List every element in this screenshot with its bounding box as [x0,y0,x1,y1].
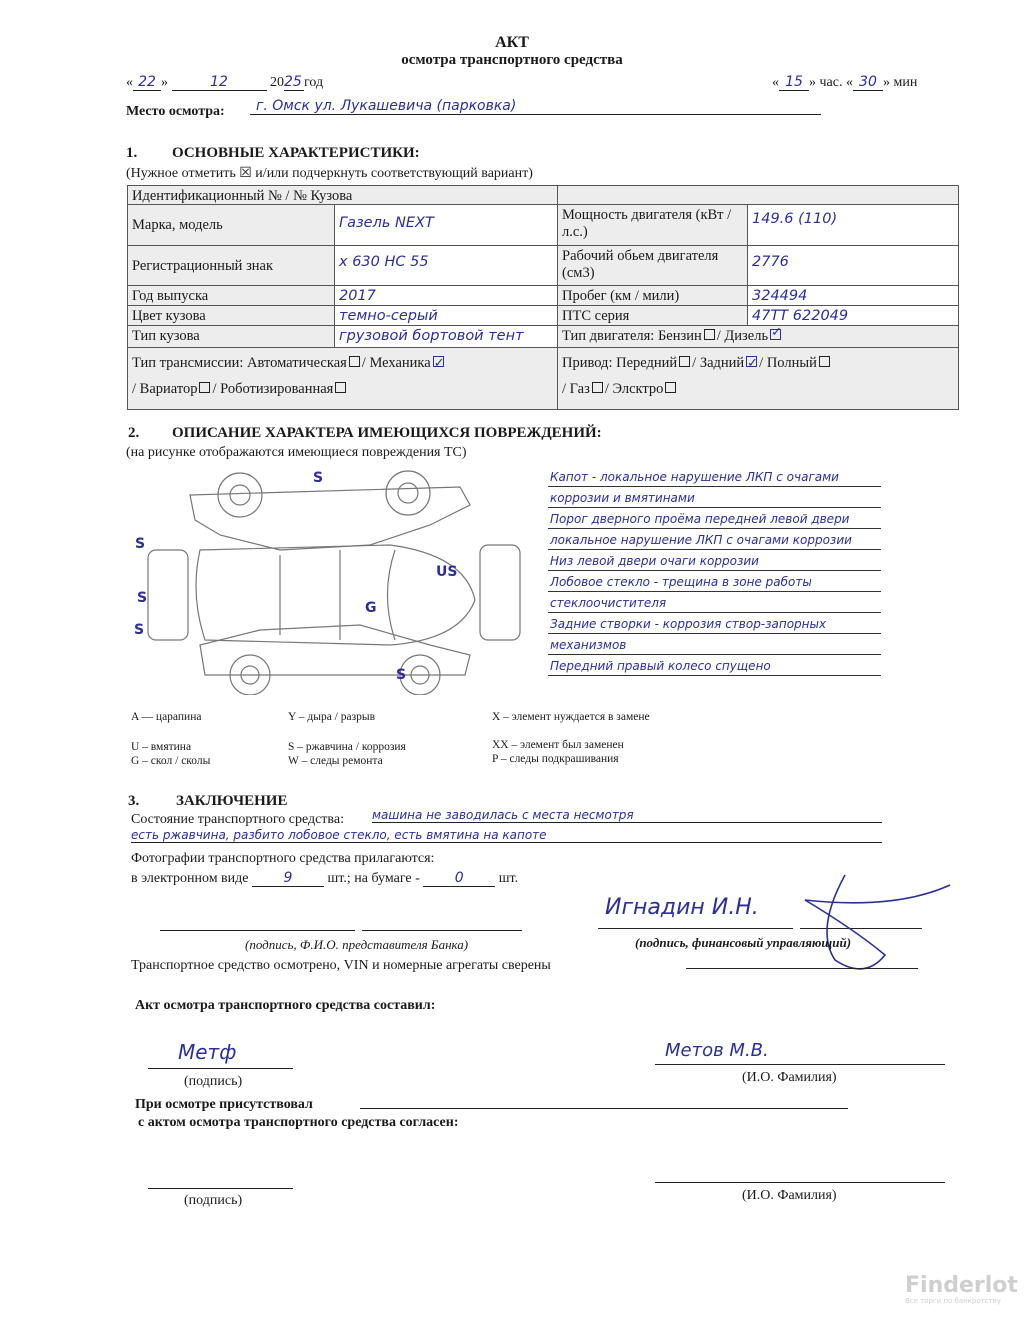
legend-a: A — царапина [131,711,201,723]
drive-option-gas: Газ [570,381,590,397]
time-hour: 15 [779,74,809,91]
checkbox-diesel[interactable] [770,329,781,340]
damage-note: Порог дверного проёма передней левой две… [550,512,849,526]
electronic-count: 9 [252,870,324,887]
drive-option-full: Полный [767,355,817,371]
reg-plate-value: х 630 НС 55 [335,246,558,286]
mileage-value: 324494 [748,286,958,306]
pcs-label: шт.; на бумаге - [328,871,420,886]
damage-note-line [548,549,881,550]
present-name-line [655,1182,945,1183]
legend-y: Y – дыра / разрыв [288,711,375,723]
present-signature-line [148,1188,293,1189]
legend-w: W – следы ремонта [288,755,383,767]
engine-power-value: 149.6 (110) [748,205,958,246]
damage-mark: S [396,667,406,683]
engine-power-label: Мощность двигателя (кВт / л.с.) [558,205,748,246]
checkbox-petrol[interactable] [704,329,715,340]
vin-checked-line [686,968,918,969]
make-model-label: Марка, модель [128,205,335,246]
checkbox-electro[interactable] [665,382,676,393]
section3-title: ЗАКЛЮЧЕНИЕ [176,793,287,810]
damage-note: Задние створки - коррозия створ-запорных [550,617,826,631]
damage-note-line [548,654,881,655]
damage-note: механизмов [550,638,626,652]
manager-signature-line [598,928,793,929]
composed-title: Акт осмотра транспортного средства соста… [135,998,435,1014]
car-damage-diagram [130,465,530,695]
hour-label: час. [820,75,843,90]
legend-x: X – элемент нуждается в замене [492,711,650,723]
drive-option-front: Передний [616,355,677,371]
legend-xx: XX – элемент был заменен [492,739,624,751]
composer-signature: Метф [178,1040,236,1064]
place-label: Место осмотра: [126,104,225,120]
engine-volume-label: Рабочий обьем двигателя (см3) [558,246,748,286]
section1-number: 1. [126,145,137,162]
drive-label: Привод: [562,355,612,371]
pcs-label-2: шт. [499,871,518,886]
drive-option-electro: Элсктро [613,381,664,397]
year-value: 2017 [335,286,558,306]
damage-note: коррозии и вмятинами [550,491,695,505]
checkbox-front[interactable] [679,356,690,367]
legend-s: S – ржавчина / коррозия [288,741,406,753]
date-day: 22 [133,74,161,91]
composer-name-line [655,1064,945,1065]
present-name-caption: (И.О. Фамилия) [742,1188,837,1204]
engine-option-diesel: Дизель [724,328,768,344]
checkbox-auto[interactable] [349,356,360,367]
document-subtitle: осмотра транспортного средства [0,52,1024,69]
damage-mark: US [436,564,457,580]
legend-p: P – следы подкрашивания [492,753,619,765]
damage-note: стеклоочистителя [550,596,666,610]
composer-signature-line [148,1068,293,1069]
body-type-value: грузовой бортовой тент [335,326,558,348]
section2-title: ОПИСАНИЕ ХАРАКТЕРА ИМЕЮЩИХСЯ ПОВРЕЖДЕНИЙ… [172,425,602,442]
finderlot-watermark: Finderlot Все торги по банкротству [905,1275,1018,1305]
date-year-prefix: 20 [270,75,284,90]
checkbox-gas[interactable] [592,382,603,393]
body-type-label: Тип кузова [128,326,335,348]
time-minute: 30 [853,74,883,91]
bank-signature-caption: (подпись, Ф.И.О. представителя Банка) [245,937,468,953]
pts-label: ПТС серия [558,306,748,326]
engine-option-petrol: Бензин [658,328,702,344]
checkbox-rear[interactable] [746,356,757,367]
damage-note: Низ левой двери очаги коррозии [550,554,759,568]
damage-note-line [548,507,881,508]
date-month: 12 [172,74,267,91]
present-signature-caption: (подпись) [184,1193,242,1209]
reg-plate-label: Регистрационный знак [128,246,335,286]
engine-type-label: Тип двигателя: [562,328,654,344]
color-label: Цвет кузова [128,306,335,326]
vin-checked-text: Транспортное средство осмотрено, VIN и н… [131,958,551,974]
place-value: г. Омск ул. Лукашевича (парковка) [250,98,821,115]
year-label: Год выпуска [128,286,335,306]
watermark-tagline: Все торги по банкротству [905,1297,1018,1305]
section3-number: 3. [128,793,139,810]
legend-g: G – скол / сколы [131,755,210,767]
paper-count: 0 [423,870,495,887]
manager-signature: Игнадин И.Н. [605,895,759,920]
composer-name: Метов М.В. [665,1040,769,1061]
composer-name-caption: (И.О. Фамилия) [742,1070,837,1086]
drive-field: Привод: Передний/ Задний/ Полный / Газ/ … [558,348,958,409]
document-title: АКТ [0,34,1024,52]
transmission-option-auto: Автоматическая [247,355,347,371]
engine-type-field: Тип двигателя: Бензин/ Дизель [558,326,958,348]
vehicle-characteristics-table: Идентификационный № / № Кузова Марка, мо… [127,185,959,410]
damage-mark: S [137,590,147,606]
vin-label: Идентификационный № / № Кузова [128,186,558,205]
damage-mark: S [135,536,145,552]
checkbox-robot[interactable] [335,382,346,393]
composer-signature-caption: (подпись) [184,1074,242,1090]
present-label: При осмотре присутствовал [135,1097,313,1113]
agree-label: с актом осмотра транспортного средства с… [138,1115,459,1131]
checkbox-full[interactable] [819,356,830,367]
checkbox-manual[interactable] [433,356,444,367]
section2-number: 2. [128,425,139,442]
date-line: «22» 12 2025год [126,74,323,91]
present-line [360,1108,848,1109]
drive-option-rear: Задний [700,355,744,371]
transmission-field: Тип трансмиссии: Автоматическая/ Механик… [128,348,558,409]
transmission-label: Тип трансмиссии: [132,355,243,371]
damage-note-line [548,486,881,487]
bank-name-line [362,930,522,931]
photos-label: Фотографии транспортного средства прилаг… [131,851,434,867]
manager-signature-caption: (подпись, финансовый управляющий) [635,935,851,951]
color-value: темно-серый [335,306,558,326]
watermark-name: Finderlot [905,1275,1018,1297]
condition-line-1: машина не заводилась с места несмотря [372,808,882,823]
legend-u: U – вмятина [131,741,191,753]
damage-note: Лобовое стекло - трещина в зоне работы [550,575,812,589]
make-model-value: Газель NEXT [335,205,558,246]
damage-mark: S [134,622,144,638]
transmission-option-manual: Механика [369,355,430,371]
minute-label: мин [893,75,917,90]
damage-note-line [548,633,881,634]
date-year-suffix: 25 [284,74,304,91]
damage-mark: G [365,600,377,616]
engine-volume-value: 2776 [748,246,958,286]
condition-line-2: есть ржавчина, разбито лобовое стекло, е… [131,828,882,843]
damage-note-line [548,591,881,592]
manager-signature-stroke [775,870,955,990]
damage-note-line [548,612,881,613]
bank-signature-line [160,930,355,931]
damage-note-line [548,675,881,676]
checkbox-cvt[interactable] [199,382,210,393]
section1-title: ОСНОВНЫЕ ХАРАКТЕРИСТИКИ: [172,145,420,162]
damage-note: Капот - локальное нарушение ЛКП с очагам… [550,470,839,484]
section1-hint: (Нужное отметить ☒ и/или подчеркнуть соо… [126,165,533,182]
transmission-option-cvt: Вариатор [140,381,198,397]
damage-mark: S [313,470,323,486]
time-line: «15» час. «30» мин [772,74,917,91]
transmission-option-robot: Роботизированная [220,381,333,397]
condition-label: Состояние транспортного средства: [131,812,344,828]
damage-note: локальное нарушение ЛКП с очагами корроз… [550,533,852,547]
date-year-label: год [304,75,323,90]
damage-note: Передний правый колесо спущено [550,659,771,673]
photos-line: в электронном виде 9 шт.; на бумаге - 0 … [131,870,518,887]
electronic-label: в электронном виде [131,871,249,886]
mileage-label: Пробег (км / мили) [558,286,748,306]
damage-note-line [548,528,881,529]
damage-note-line [548,570,881,571]
vin-value [558,186,958,205]
section2-hint: (на рисунке отображаются имеющиеся повре… [126,445,467,461]
